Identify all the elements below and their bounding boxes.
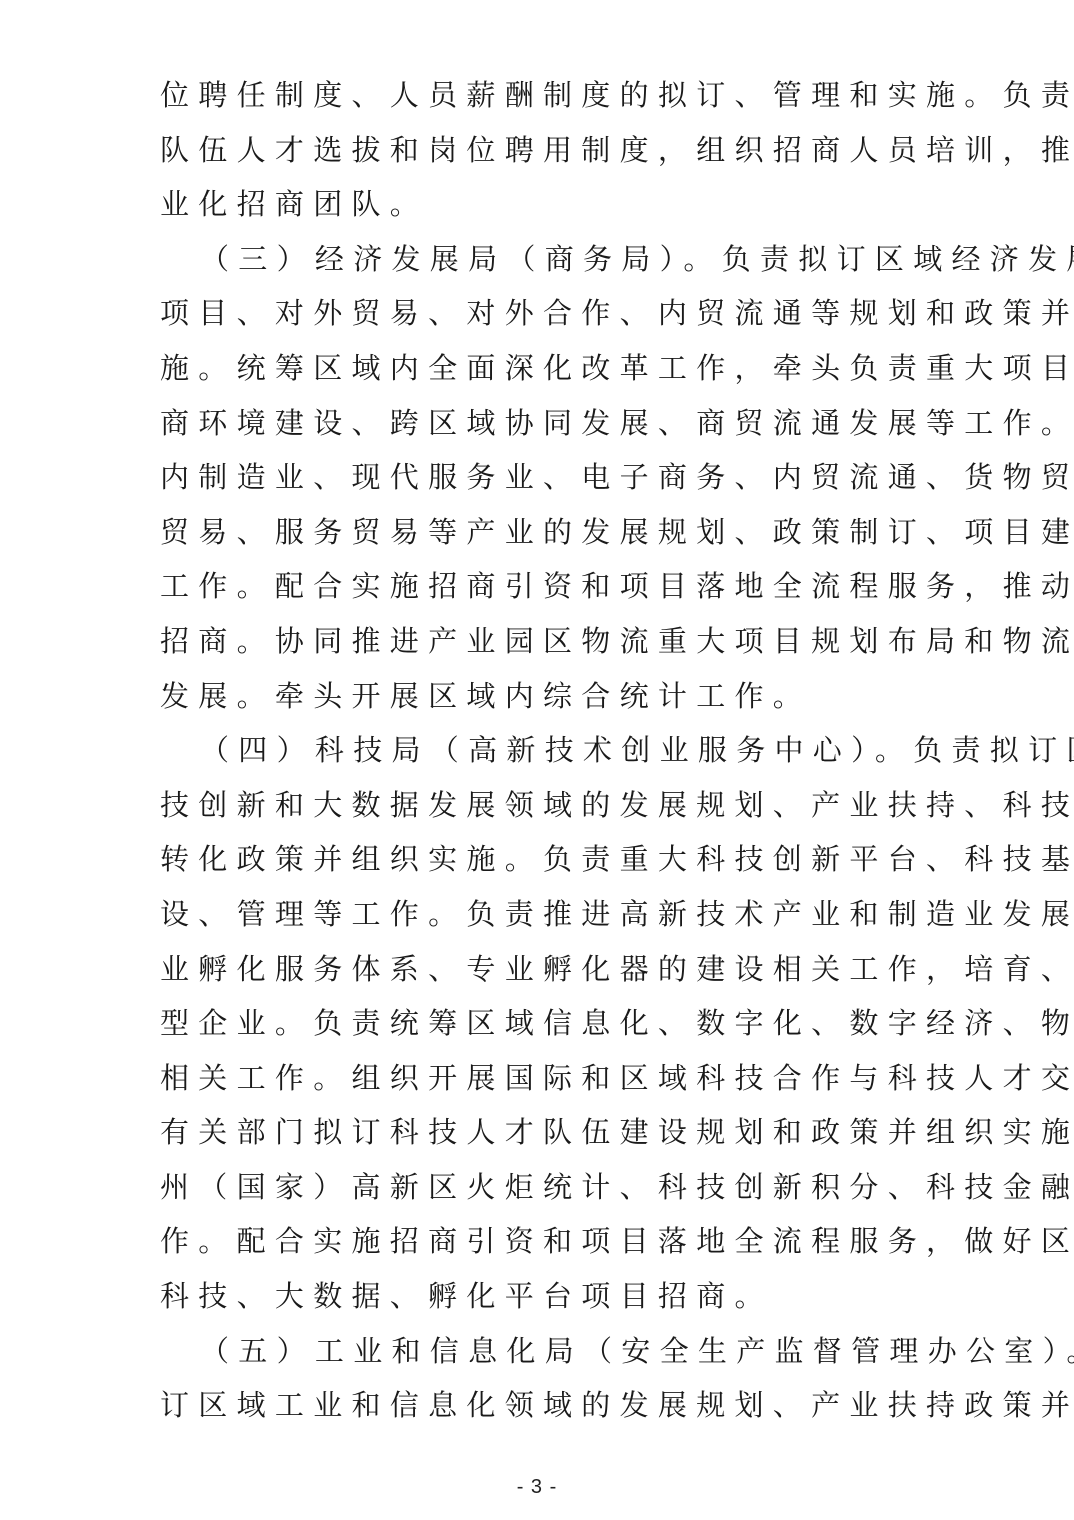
text-line: 施。统筹区域内全面深化改革工作，牵头负责重大项目管理、营 [160, 341, 930, 396]
text-line: 订区域工业和信息化领域的发展规划、产业扶持政策并组织实 [160, 1378, 930, 1433]
text-line: 招商。协同推进产业园区物流重大项目规划布局和物流多式联运 [160, 614, 930, 669]
text-line: 商环境建设、跨区域协同发展、商贸流通发展等工作。负责区域 [160, 396, 930, 451]
text-line: 作。配合实施招商引资和项目落地全流程服务，做好区域范围内 [160, 1214, 930, 1269]
text-line: 科技、大数据、孵化平台项目招商。 [160, 1269, 930, 1324]
page-number: - 3 - [0, 1476, 1074, 1499]
document-page: 位聘任制度、人员薪酬制度的拟订、管理和实施。负责拟订招商 队伍人才选拔和岗位聘用… [0, 0, 1074, 1520]
text-line: 内制造业、现代服务业、电子商务、内贸流通、货物贸易、加工 [160, 450, 930, 505]
text-line: 有关部门拟订科技人才队伍建设规划和政策并组织实施。负责柳 [160, 1105, 930, 1160]
text-line: 工作。配合实施招商引资和项目落地全流程服务，推动全产业链 [160, 559, 930, 614]
text-line: 业孵化服务体系、专业孵化器的建设相关工作，培育、服务科技 [160, 942, 930, 997]
text-line: 州（国家）高新区火炬统计、科技创新积分、科技金融相关工 [160, 1160, 930, 1215]
section-heading-line: （五）工业和信息化局（安全生产监督管理办公室）。负责拟 [160, 1324, 930, 1379]
body-text: 位聘任制度、人员薪酬制度的拟订、管理和实施。负责拟订招商 队伍人才选拔和岗位聘用… [160, 68, 930, 1433]
text-line: 贸易、服务贸易等产业的发展规划、政策制订、项目建设协调等 [160, 505, 930, 560]
text-line: 型企业。负责统筹区域信息化、数字化、数字经济、物联网发展 [160, 996, 930, 1051]
text-line: 相关工作。组织开展国际和区域科技合作与科技人才交流，会同 [160, 1051, 930, 1106]
text-line: 转化政策并组织实施。负责重大科技创新平台、科技基础设施建 [160, 832, 930, 887]
text-line: 业化招商团队。 [160, 177, 930, 232]
section-heading-line: （三）经济发展局（商务局）。负责拟订区域经济发展、重大 [160, 232, 930, 287]
text-line: 项目、对外贸易、对外合作、内贸流通等规划和政策并组织实 [160, 286, 930, 341]
text-line: 技创新和大数据发展领域的发展规划、产业扶持、科技成果转移 [160, 778, 930, 833]
text-line: 发展。牵头开展区域内综合统计工作。 [160, 669, 930, 724]
section-heading-line: （四）科技局（高新技术创业服务中心）。负责拟订区域内科 [160, 723, 930, 778]
text-line: 队伍人才选拔和岗位聘用制度，组织招商人员培训，推动组建专 [160, 123, 930, 178]
text-line: 位聘任制度、人员薪酬制度的拟订、管理和实施。负责拟订招商 [160, 68, 930, 123]
text-line: 设、管理等工作。负责推进高新技术产业和制造业发展，以及创 [160, 887, 930, 942]
